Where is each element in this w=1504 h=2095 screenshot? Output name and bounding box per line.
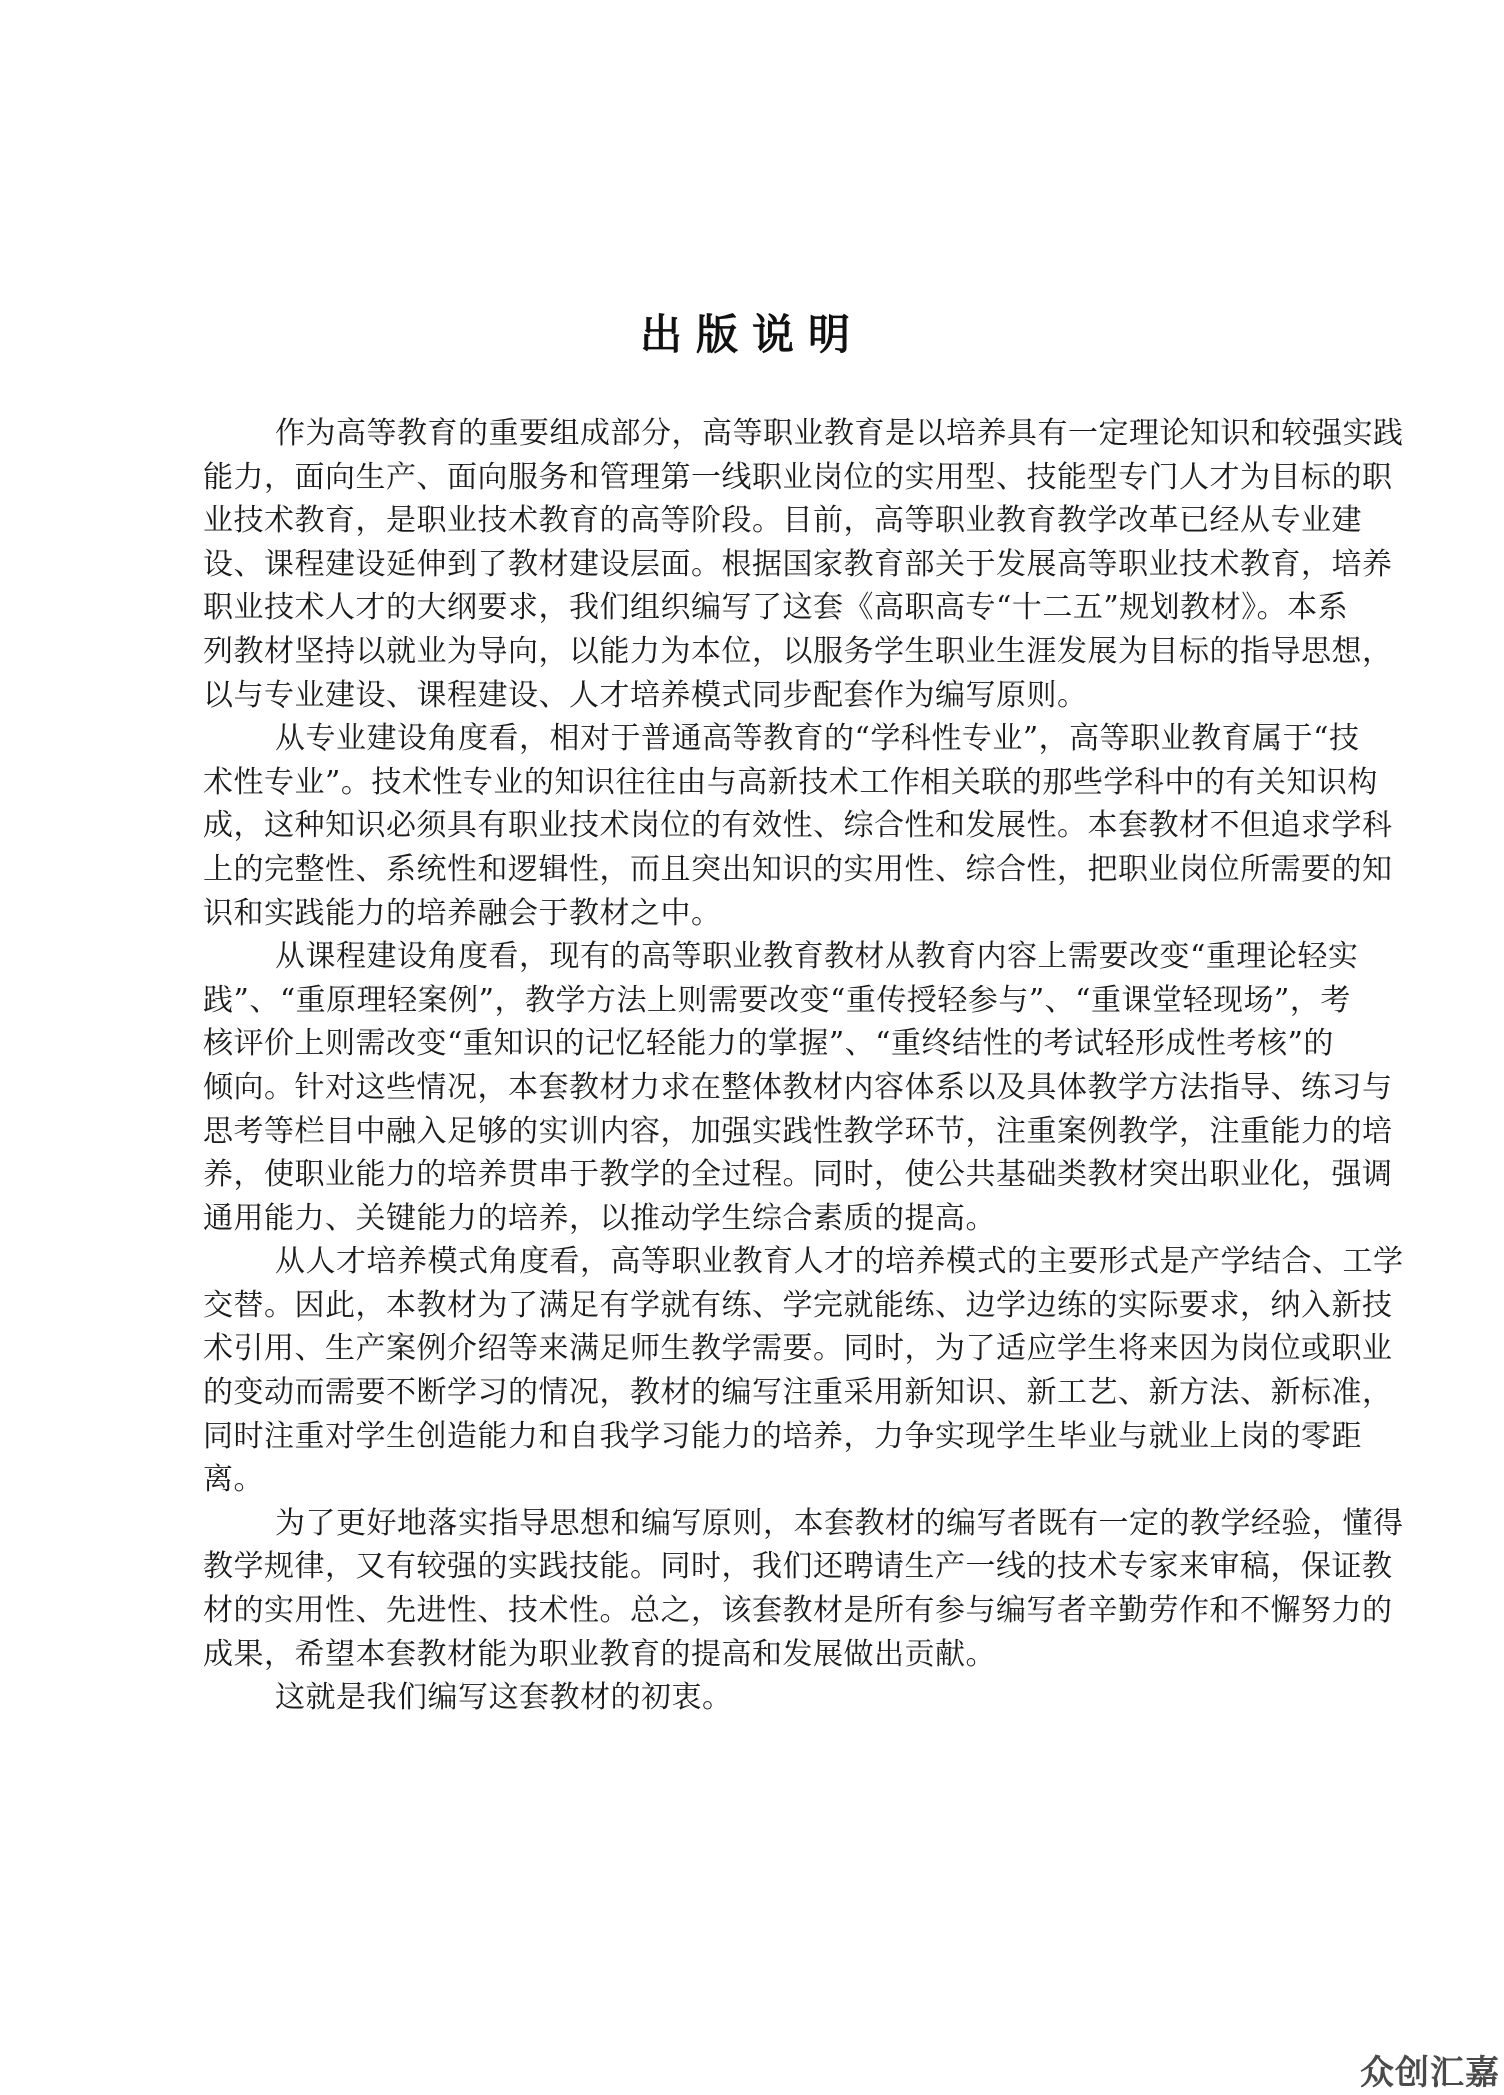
- paragraph: 从专业建设角度看，相对于普通高等教育的“学科性专业”，高等职业教育属于“技 术性…: [203, 717, 1323, 935]
- text-line: 以与专业建设、课程建设、人才培养模式同步配套作为编写原则。: [203, 674, 1323, 718]
- page-title: 出版说明: [0, 300, 1504, 370]
- text-line: 成，这种知识必须具有职业技术岗位的有效性、综合性和发展性。本套教材不但追求学科: [203, 804, 1323, 848]
- text-line: 倾向。针对这些情况，本套教材力求在整体教材内容体系以及具体教学方法指导、练习与: [203, 1066, 1323, 1110]
- text-line: 材的实用性、先进性、技术性。总之，该套教材是所有参与编写者辛勤劳作和不懈努力的: [203, 1589, 1323, 1633]
- text-line: 上的完整性、系统性和逻辑性，而且突出知识的实用性、综合性，把职业岗位所需要的知: [203, 848, 1323, 892]
- text-line: 设、课程建设延伸到了教材建设层面。根据国家教育部关于发展高等职业技术教育，培养: [203, 543, 1323, 587]
- text-line: 能力，面向生产、面向服务和管理第一线职业岗位的实用型、技能型专门人才为目标的职: [203, 456, 1323, 500]
- text-line: 的变动而需要不断学习的情况，教材的编写注重采用新知识、新工艺、新方法、新标准，: [203, 1371, 1323, 1415]
- text-line: 同时注重对学生创造能力和自我学习能力的培养，力争实现学生毕业与就业上岗的零距: [203, 1415, 1323, 1459]
- document-page: 出版说明 作为高等教育的重要组成部分，高等职业教育是以培养具有一定理论知识和较强…: [0, 0, 1504, 2095]
- text-line: 术性专业”。技术性专业的知识往往由与高新技术工作相关联的那些学科中的有关知识构: [203, 761, 1323, 805]
- text-line: 养，使职业能力的培养贯串于教学的全过程。同时，使公共基础类教材突出职业化，强调: [203, 1153, 1323, 1197]
- body-text: 作为高等教育的重要组成部分，高等职业教育是以培养具有一定理论知识和较强实践 能力…: [203, 412, 1323, 1720]
- paragraph: 从人才培养模式角度看，高等职业教育人才的培养模式的主要形式是产学结合、工学 交替…: [203, 1240, 1323, 1502]
- text-line: 教学规律，又有较强的实践技能。同时，我们还聘请生产一线的技术专家来审稿，保证教: [203, 1545, 1323, 1589]
- text-line: 从课程建设角度看，现有的高等职业教育教材从教育内容上需要改变“重理论轻实: [203, 935, 1323, 979]
- text-line: 识和实践能力的培养融会于教材之中。: [203, 892, 1323, 936]
- watermark-logo: 众创汇嘉: [1360, 2053, 1500, 2093]
- text-line: 为了更好地落实指导思想和编写原则，本套教材的编写者既有一定的教学经验，懂得: [203, 1502, 1323, 1546]
- text-line: 成果，希望本套教材能为职业教育的提高和发展做出贡献。: [203, 1633, 1323, 1677]
- text-line: 术引用、生产案例介绍等来满足师生教学需要。同时，为了适应学生将来因为岗位或职业: [203, 1327, 1323, 1371]
- text-line: 通用能力、关键能力的培养，以推动学生综合素质的提高。: [203, 1197, 1323, 1241]
- paragraph: 为了更好地落实指导思想和编写原则，本套教材的编写者既有一定的教学经验，懂得 教学…: [203, 1502, 1323, 1676]
- paragraph: 作为高等教育的重要组成部分，高等职业教育是以培养具有一定理论知识和较强实践 能力…: [203, 412, 1323, 717]
- paragraph: 从课程建设角度看，现有的高等职业教育教材从教育内容上需要改变“重理论轻实 践”、…: [203, 935, 1323, 1240]
- text-line: 业技术教育，是职业技术教育的高等阶段。目前，高等职业教育教学改革已经从专业建: [203, 499, 1323, 543]
- text-line: 作为高等教育的重要组成部分，高等职业教育是以培养具有一定理论知识和较强实践: [203, 412, 1323, 456]
- text-line: 列教材坚持以就业为导向，以能力为本位，以服务学生职业生涯发展为目标的指导思想，: [203, 630, 1323, 674]
- text-line: 从专业建设角度看，相对于普通高等教育的“学科性专业”，高等职业教育属于“技: [203, 717, 1323, 761]
- text-line: 从人才培养模式角度看，高等职业教育人才的培养模式的主要形式是产学结合、工学: [203, 1240, 1323, 1284]
- text-line: 这就是我们编写这套教材的初衷。: [203, 1676, 1323, 1720]
- text-line: 思考等栏目中融入足够的实训内容，加强实践性教学环节，注重案例教学，注重能力的培: [203, 1110, 1323, 1154]
- text-line: 离。: [203, 1458, 1323, 1502]
- text-line: 交替。因此，本教材为了满足有学就有练、学完就能练、边学边练的实际要求，纳入新技: [203, 1284, 1323, 1328]
- text-line: 核评价上则需改变“重知识的记忆轻能力的掌握”、“重终结性的考试轻形成性考核”的: [203, 1022, 1323, 1066]
- text-line: 职业技术人才的大纲要求，我们组织编写了这套《高职高专“十二五”规划教材》。本系: [203, 586, 1323, 630]
- paragraph: 这就是我们编写这套教材的初衷。: [203, 1676, 1323, 1720]
- text-line: 践”、“重原理轻案例”，教学方法上则需要改变“重传授轻参与”、“重课堂轻现场”，…: [203, 979, 1323, 1023]
